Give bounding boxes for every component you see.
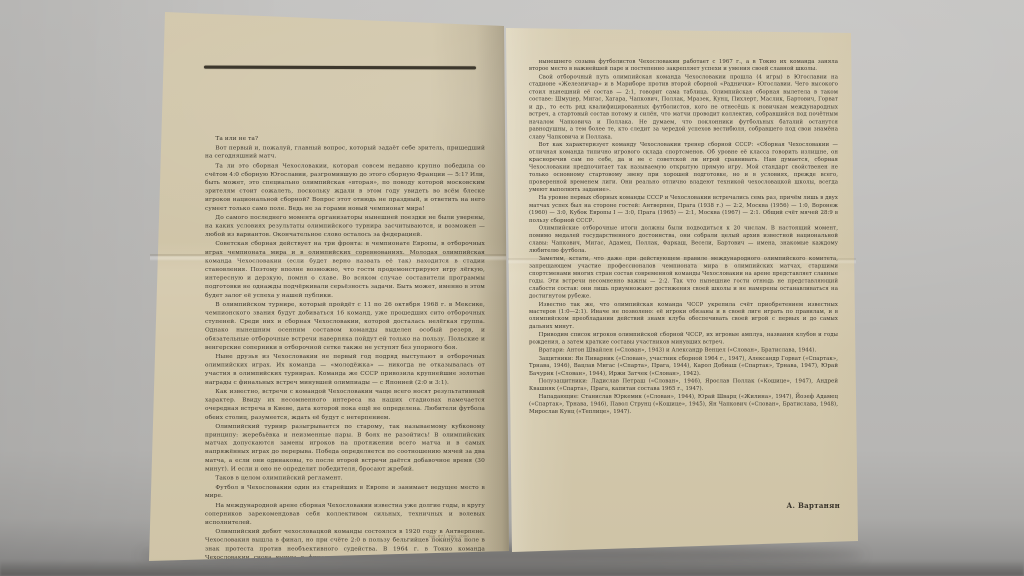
paragraph: Та или не та?: [205, 135, 485, 144]
paragraph: Полузащитники: Ладислав Петраш («Слован»…: [529, 378, 838, 393]
paragraph: Защитники: Ян Пиварник («Слован», участн…: [529, 355, 838, 377]
paragraph: Вратари: Антон Швайлен («Слован», 1943) …: [529, 347, 838, 354]
paragraph: Вот первый и, пожалуй, главный вопрос, к…: [205, 144, 485, 161]
printer-mark: Зак. 871. Тир. 2000: [428, 534, 478, 539]
table-edge-shadow: [0, 560, 1024, 576]
paragraph: Таков в целом олимпийский регламент.: [205, 475, 485, 484]
paragraph: Та ли это сборная Чехословакии, которая …: [205, 162, 485, 213]
separator-rule: [204, 66, 476, 70]
paragraph: Футбол в Чехословакии один из старейших …: [205, 484, 485, 501]
paragraph: Олимпийские отборочные итоги должны были…: [529, 225, 838, 255]
paragraph: Как известно, встречи с командой Чехосло…: [205, 388, 485, 422]
photo-background: Та или не та?Вот первый и, пожалуй, глав…: [0, 0, 1024, 576]
paragraph: Олимпийский турнир разыгрывается по стар…: [205, 423, 485, 474]
right-page-text: нынешнего созыва футболистов Чехословаки…: [529, 58, 838, 416]
paragraph: Заметим, кстати, что даже при действующе…: [529, 255, 838, 300]
paragraph: Советская сборная действует на три фронт…: [205, 240, 485, 300]
paragraph: Известно так же, что олимпийская команда…: [529, 301, 838, 331]
paragraph: На международной арене сборная Чехослова…: [205, 501, 485, 527]
paragraph: В олимпийском турнире, который пройдёт с…: [205, 301, 485, 352]
paragraph: нынешнего созыва футболистов Чехословаки…: [529, 58, 838, 73]
left-page-text: Та или не та?Вот первый и, пожалуй, глав…: [205, 135, 485, 571]
paragraph: Свой отборочный путь олимпийская команда…: [529, 74, 838, 141]
author-signature: А. Вартанян: [740, 501, 840, 510]
paragraph: На уровне первых сборных команды СССР и …: [529, 194, 838, 224]
paragraph: Нападающие: Станислав Юркемик («Слован»,…: [529, 393, 838, 415]
paragraph: Приводим список игроков олимпийской сбор…: [529, 331, 838, 346]
paragraph: Вот как характеризует команду Чехословак…: [529, 141, 838, 193]
paragraph: Ныне друзья из Чехословакии не первый го…: [205, 353, 485, 387]
paragraph: До самого последнего момента организатор…: [205, 214, 485, 240]
